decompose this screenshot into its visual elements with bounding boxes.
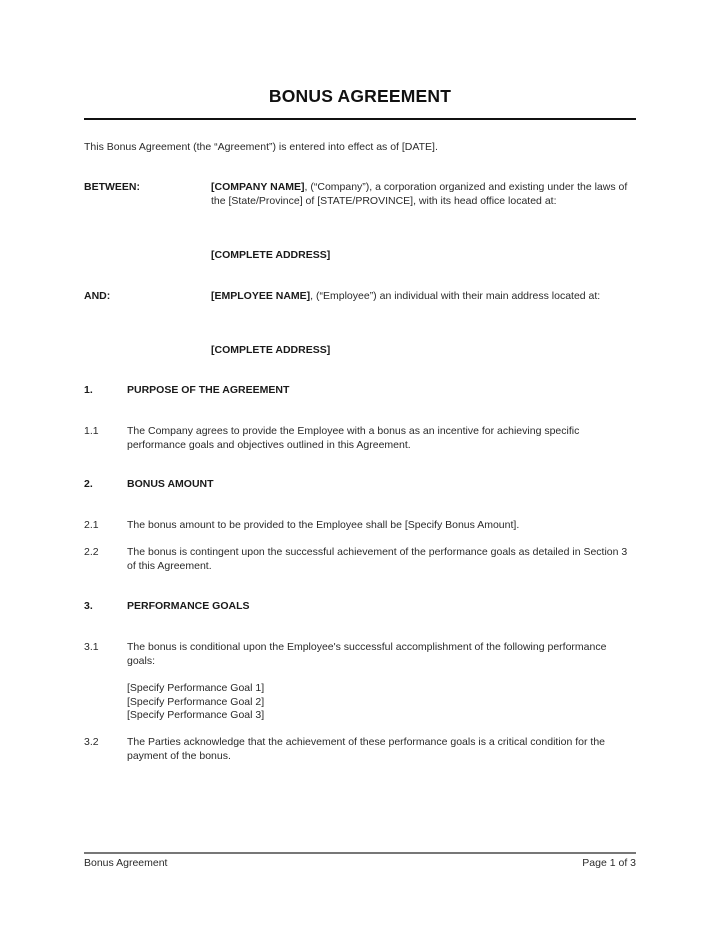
clause-3-2-text: The Parties acknowledge that the achieve… bbox=[127, 736, 637, 763]
employee-name-placeholder: [EMPLOYEE NAME] bbox=[211, 290, 310, 302]
footer-page-number: Page 1 of 3 bbox=[582, 857, 636, 871]
performance-goal-2: [Specify Performance Goal 2] bbox=[127, 696, 637, 710]
clause-3-1-text: The bonus is conditional upon the Employ… bbox=[127, 641, 637, 668]
clause-3-1-number: 3.1 bbox=[84, 641, 99, 655]
company-party-text: [COMPANY NAME], (“Company”), a corporati… bbox=[211, 181, 636, 208]
performance-goals-list: [Specify Performance Goal 1] [Specify Pe… bbox=[127, 682, 637, 723]
document-title: BONUS AGREEMENT bbox=[84, 86, 636, 107]
performance-goal-1: [Specify Performance Goal 1] bbox=[127, 682, 637, 696]
clause-2-2-text: The bonus is contingent upon the success… bbox=[127, 546, 637, 573]
section-1-heading: PURPOSE OF THE AGREEMENT bbox=[127, 384, 289, 398]
company-name-placeholder: [COMPANY NAME] bbox=[211, 181, 305, 193]
clause-1-1-number: 1.1 bbox=[84, 425, 99, 439]
and-label: AND: bbox=[84, 290, 110, 304]
clause-1-1-text: The Company agrees to provide the Employ… bbox=[127, 425, 637, 452]
footer-divider bbox=[84, 852, 636, 854]
company-address-placeholder: [COMPLETE ADDRESS] bbox=[211, 249, 636, 263]
clause-2-1-number: 2.1 bbox=[84, 519, 99, 533]
section-3-number: 3. bbox=[84, 600, 93, 614]
footer-document-name: Bonus Agreement bbox=[84, 857, 167, 871]
clause-2-2-number: 2.2 bbox=[84, 546, 99, 560]
employee-description: , (“Employee”) an individual with their … bbox=[310, 290, 600, 302]
section-2-number: 2. bbox=[84, 478, 93, 492]
section-1-number: 1. bbox=[84, 384, 93, 398]
clause-2-1-text: The bonus amount to be provided to the E… bbox=[127, 519, 637, 533]
document-page: BONUS AGREEMENT This Bonus Agreement (th… bbox=[0, 0, 720, 928]
employee-address-placeholder: [COMPLETE ADDRESS] bbox=[211, 344, 636, 358]
employee-party-text: [EMPLOYEE NAME], (“Employee”) an individ… bbox=[211, 290, 636, 304]
section-3-heading: PERFORMANCE GOALS bbox=[127, 600, 250, 614]
title-divider bbox=[84, 118, 636, 120]
section-2-heading: BONUS AMOUNT bbox=[127, 478, 214, 492]
intro-paragraph: This Bonus Agreement (the “Agreement”) i… bbox=[84, 141, 636, 155]
between-label: BETWEEN: bbox=[84, 181, 140, 195]
clause-3-2-number: 3.2 bbox=[84, 736, 99, 750]
performance-goal-3: [Specify Performance Goal 3] bbox=[127, 709, 637, 723]
